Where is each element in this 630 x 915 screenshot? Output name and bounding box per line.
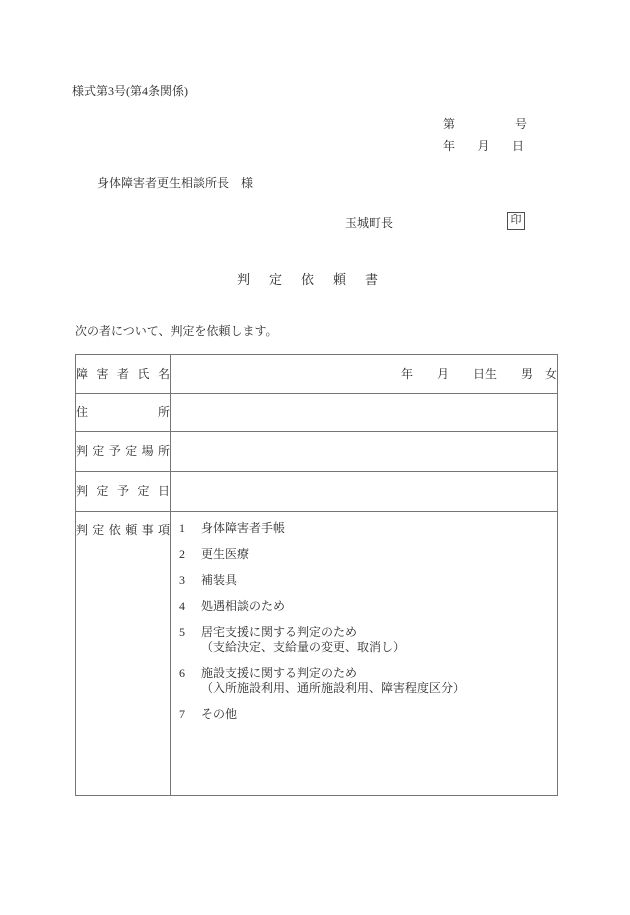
- table-row-address: 住所: [76, 394, 558, 432]
- request-item: 7 その他: [179, 707, 549, 722]
- row-label-name: 障害者氏名: [76, 355, 171, 394]
- seal-stamp: 印: [507, 212, 525, 230]
- name-value-cell: 年 月 日生 男 女: [171, 355, 558, 394]
- date-line: 年 月 日: [443, 139, 524, 154]
- sender-name: 玉城町長: [345, 216, 393, 231]
- addressee-line: 身体障害者更生相談所長 様: [97, 176, 253, 191]
- table-row-request-items: 判定依頼事項 1 身体障害者手帳 2 更生医療 3 補装具 4 処遇相談のため: [76, 512, 558, 796]
- request-item-number: 3: [179, 573, 201, 588]
- request-item-number: 5: [179, 625, 201, 640]
- request-item-number: 7: [179, 707, 201, 722]
- request-item-subtext: （入所施設利用、通所施設利用、障害程度区分）: [201, 681, 549, 696]
- row-label-items: 判定依頼事項: [76, 512, 171, 796]
- request-item: 5 居宅支援に関する判定のため: [179, 625, 549, 640]
- request-item-text: 更生医療: [201, 547, 549, 562]
- request-item: 6 施設支援に関する判定のため: [179, 666, 549, 681]
- request-item-number: 6: [179, 666, 201, 681]
- date-year-label: 年: [443, 139, 455, 154]
- doc-number-prefix: 第: [443, 117, 455, 132]
- request-item-text: 身体障害者手帳: [201, 521, 549, 536]
- request-item-number: 4: [179, 599, 201, 614]
- form-number: 様式第3号(第4条関係): [72, 84, 188, 99]
- request-item-text: 処遇相談のため: [201, 599, 549, 614]
- address-value-cell: [171, 394, 558, 432]
- date-month-label: 月: [477, 139, 489, 154]
- doc-number-suffix: 号: [515, 117, 527, 132]
- request-item-subtext: （支給決定、支給量の変更、取消し）: [201, 640, 549, 655]
- table-row-place: 判定予定場所: [76, 432, 558, 472]
- request-item: 4 処遇相談のため: [179, 599, 549, 614]
- place-value-cell: [171, 432, 558, 472]
- judgment-request-form-page: 様式第3号(第4条関係) 第 号 年 月 日 身体障害者更生相談所長 様 玉城町…: [0, 0, 630, 915]
- row-label-date: 判定予定日: [76, 472, 171, 512]
- request-item: 2 更生医療: [179, 547, 549, 562]
- judgment-request-table: 障害者氏名 年 月 日生 男 女 住所 判定予定場所 判定予定日 判定依頼事項 …: [75, 354, 558, 796]
- request-items-cell: 1 身体障害者手帳 2 更生医療 3 補装具 4 処遇相談のため 5: [171, 512, 558, 796]
- request-item-number: 1: [179, 521, 201, 536]
- request-item: 3 補装具: [179, 573, 549, 588]
- request-item-text: 居宅支援に関する判定のため: [201, 625, 549, 640]
- intro-text: 次の者について、判定を依頼します。: [75, 324, 278, 339]
- table-row-date: 判定予定日: [76, 472, 558, 512]
- row-label-place: 判定予定場所: [76, 432, 171, 472]
- document-number-line: 第 号: [443, 117, 527, 132]
- date-day-label: 日: [512, 139, 524, 154]
- request-item-number: 2: [179, 547, 201, 562]
- request-item: 1 身体障害者手帳: [179, 521, 549, 536]
- request-item-text: その他: [201, 707, 549, 722]
- date-value-cell: [171, 472, 558, 512]
- row-label-address: 住所: [76, 394, 171, 432]
- request-item-text: 補装具: [201, 573, 549, 588]
- document-title: 判 定 依 頼 書: [237, 272, 381, 288]
- table-row-name: 障害者氏名 年 月 日生 男 女: [76, 355, 558, 394]
- request-item-text: 施設支援に関する判定のため: [201, 666, 549, 681]
